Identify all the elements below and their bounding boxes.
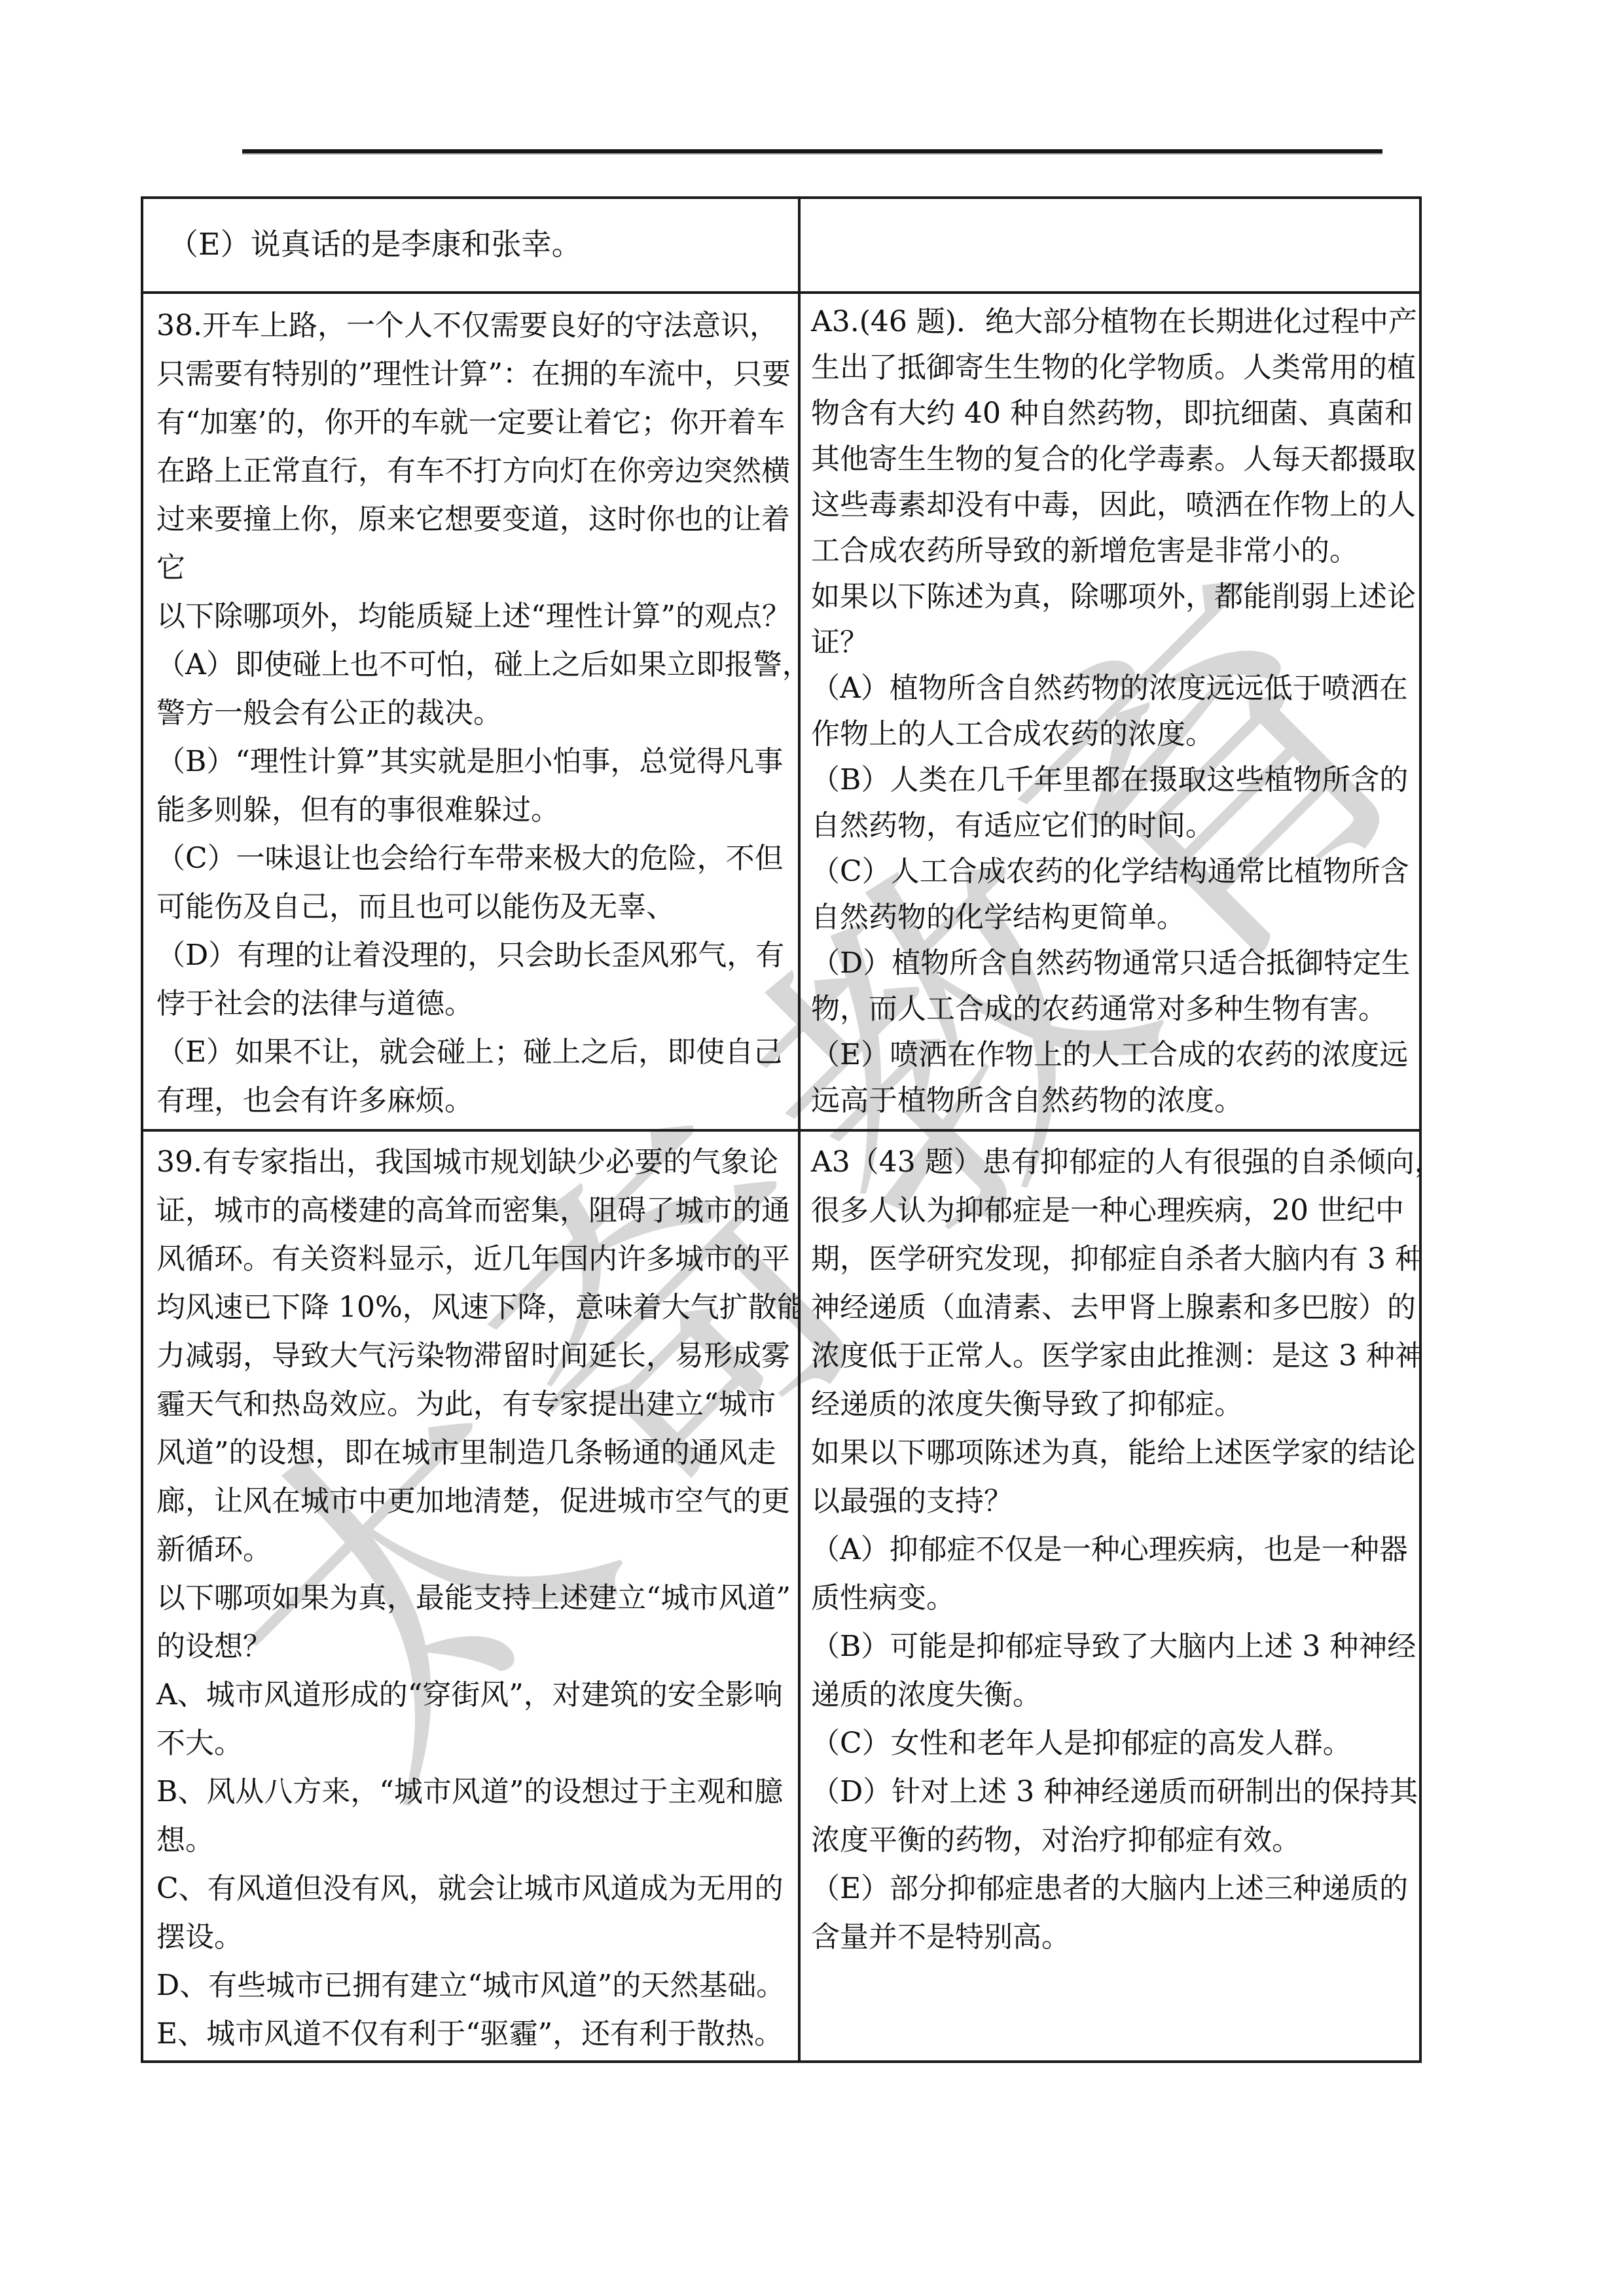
text-line: 的设想？ — [156, 1623, 798, 1671]
text-line: 在路上正常直行，有车不打方向灯在你旁边突然横 — [156, 447, 798, 495]
text-line: （A）即使碰上也不可怕，碰上之后如果立即报警， — [156, 641, 798, 689]
text-line: 只需要有特别的”理性计算”：在拥的车流中，只要 — [156, 350, 798, 399]
text-line: 风道”的设想，即在城市里制造几条畅通的通风走 — [156, 1429, 798, 1477]
text-line: （C）一味退让也会给行车带来极大的危险，不但 — [156, 834, 798, 883]
text-line: 可能伤及自己，而且也可以能伤及无辜、 — [156, 883, 798, 931]
text-line: A3.(46 题)．绝大部分植物在长期进化过程中产 — [811, 299, 1419, 345]
text-line: E、城市风道不仅有利于“驱霾”，还有利于散热。 — [156, 2010, 798, 2058]
text-line: 38.开车上路，一个人不仅需要良好的守法意识， — [156, 302, 798, 350]
text-line: 以下除哪项外，均能质疑上述“理性计算”的观点？ — [156, 592, 798, 641]
text-line: （E）喷洒在作物上的人工合成的农药的浓度远 — [811, 1032, 1419, 1078]
text-line: （D）针对上述 3 种神经递质而研制出的保持其 — [811, 1768, 1419, 1816]
text-line: 悖于社会的法律与道德。 — [156, 980, 798, 1028]
text-line: 很多人认为抑郁症是一种心理疾病，20 世纪中 — [811, 1187, 1419, 1235]
cell-question-a3-46: A3.(46 题)．绝大部分植物在长期进化过程中产生出了抵御寄生生物的化学物质。… — [801, 294, 1419, 1129]
text-line: 警方一般会有公正的裁决。 — [156, 689, 798, 738]
cell-question-39: 39.有专家指出，我国城市规划缺少必要的气象论证，城市的高楼建的高耸而密集，阻碍… — [143, 1132, 798, 2063]
text-line: 有“加塞’的，你开的车就一定要让着它；你开着车 — [156, 399, 798, 447]
text-line: （E）如果不让，就会碰上；碰上之后，即使自己 — [156, 1028, 798, 1077]
text-line: 风循环。有关资料显示，近几年国内许多城市的平 — [156, 1235, 798, 1283]
text-line: 过来要撞上你，原来它想要变道，这时你也的让着 — [156, 495, 798, 544]
header-rule — [242, 149, 1382, 154]
text-line: 均风速已下降 10%，风速下降，意味着大气扩散能 — [156, 1283, 798, 1332]
text-line: （B）可能是抑郁症导致了大脑内上述 3 种神经 — [811, 1623, 1419, 1671]
text-line: 能多则躲，但有的事很难躲过。 — [156, 786, 798, 834]
text-line: 新循环。 — [156, 1526, 798, 1574]
text-line: 远高于植物所含自然药物的浓度。 — [811, 1078, 1419, 1124]
text-line: 证？ — [811, 620, 1419, 666]
cell-question-a3-43: A3（43 题）患有抑郁症的人有很强的自杀倾向，很多人认为抑郁症是一种心理疾病，… — [801, 1132, 1419, 2063]
text-line: （D）植物所含自然药物通常只适合抵御特定生 — [811, 941, 1419, 986]
text-line: （B）人类在几千年里都在摄取这些植物所含的 — [811, 757, 1419, 803]
text-line: 如果以下哪项陈述为真，能给上述医学家的结论 — [811, 1429, 1419, 1477]
text-line: 自然药物的化学结构更简单。 — [811, 895, 1419, 941]
cell-answer-e-li-kang: （E）说真话的是李康和张幸。 — [143, 199, 798, 291]
text-line: （E）说真话的是李康和张幸。 — [168, 199, 798, 289]
text-line: 作物上的人工合成农药的浓度。 — [811, 711, 1419, 757]
text-line: 递质的浓度失衡。 — [811, 1671, 1419, 1719]
text-line: 这些毒素却没有中毒，因此，喷洒在作物上的人 — [811, 482, 1419, 528]
text-line: 含量并不是特别高。 — [811, 1913, 1419, 1962]
text-line: 期，医学研究发现，抑郁症自杀者大脑内有 3 种 — [811, 1235, 1419, 1283]
text-line: （A）植物所含自然药物的浓度远远低于喷洒在 — [811, 666, 1419, 711]
text-line: A3（43 题）患有抑郁症的人有很强的自杀倾向， — [811, 1138, 1419, 1187]
text-line: 不大。 — [156, 1719, 798, 1768]
text-line: （E）部分抑郁症患者的大脑内上述三种递质的 — [811, 1865, 1419, 1913]
text-line: 质性病变。 — [811, 1574, 1419, 1623]
text-line: （A）抑郁症不仅是一种心理疾病，也是一种器 — [811, 1526, 1419, 1574]
text-line: 神经递质（血清素、去甲肾上腺素和多巴胺）的 — [811, 1283, 1419, 1332]
text-line: 浓度低于正常人。医学家由此推测：是这 3 种神 — [811, 1332, 1419, 1380]
text-line: 证，城市的高楼建的高耸而密集，阻碍了城市的通 — [156, 1187, 798, 1235]
text-line: 它 — [156, 544, 798, 592]
text-line: 生出了抵御寄生生物的化学物质。人类常用的植 — [811, 345, 1419, 391]
text-line: 以最强的支持？ — [811, 1477, 1419, 1526]
text-line: B、风从八方来，“城市风道”的设想过于主观和臆 — [156, 1768, 798, 1816]
text-line: A、城市风道形成的“穿街风”，对建筑的安全影响 — [156, 1671, 798, 1719]
text-line: 廊，让风在城市中更加地清楚，促进城市空气的更 — [156, 1477, 798, 1526]
text-line: 如果以下陈述为真，除哪项外，都能削弱上述论 — [811, 574, 1419, 620]
text-line: 物，而人工合成的农药通常对多种生物有害。 — [811, 986, 1419, 1032]
text-line: （C）人工合成农药的化学结构通常比植物所含 — [811, 849, 1419, 895]
text-line: 经递质的浓度失衡导致了抑郁症。 — [811, 1380, 1419, 1429]
text-line: C、有风道但没有风，就会让城市风道成为无用的 — [156, 1865, 798, 1913]
text-line: 39.有专家指出，我国城市规划缺少必要的气象论 — [156, 1138, 798, 1187]
cell-question-38: 38.开车上路，一个人不仅需要良好的守法意识，只需要有特别的”理性计算”：在拥的… — [143, 294, 798, 1129]
text-line: （B）“理性计算”其实就是胆小怕事，总觉得凡事 — [156, 738, 798, 786]
text-line: 其他寄生生物的复合的化学毒素。人每天都摄取 — [811, 437, 1419, 482]
cell-empty — [801, 199, 1419, 291]
text-line: （C）女性和老年人是抑郁症的高发人群。 — [811, 1719, 1419, 1768]
document-page: 太奇教育 （E）说真话的是李康和张幸。 38.开车上路，一个人不仅需要良好的守法… — [0, 0, 1624, 2296]
text-line: 浓度平衡的药物，对治疗抑郁症有效。 — [811, 1816, 1419, 1865]
question-table: （E）说真话的是李康和张幸。 38.开车上路，一个人不仅需要良好的守法意识，只需… — [141, 196, 1422, 2063]
text-line: 有理，也会有许多麻烦。 — [156, 1077, 798, 1125]
text-line: 物含有大约 40 种自然药物，即抗细菌、真菌和 — [811, 391, 1419, 437]
text-line: 霾天气和热岛效应。为此，有专家提出建立“城市 — [156, 1380, 798, 1429]
text-line: 力减弱，导致大气污染物滞留时间延长，易形成雾 — [156, 1332, 798, 1380]
text-line: 想。 — [156, 1816, 798, 1865]
text-line: 以下哪项如果为真，最能支持上述建立“城市风道” — [156, 1574, 798, 1623]
text-line: 摆设。 — [156, 1913, 798, 1962]
text-line: （D）有理的让着没理的，只会助长歪风邪气，有 — [156, 931, 798, 980]
text-line: 工合成农药所导致的新增危害是非常小的。 — [811, 528, 1419, 574]
text-line: D、有些城市已拥有建立“城市风道”的天然基础。 — [156, 1962, 798, 2010]
text-line: 自然药物，有适应它们的时间。 — [811, 803, 1419, 849]
